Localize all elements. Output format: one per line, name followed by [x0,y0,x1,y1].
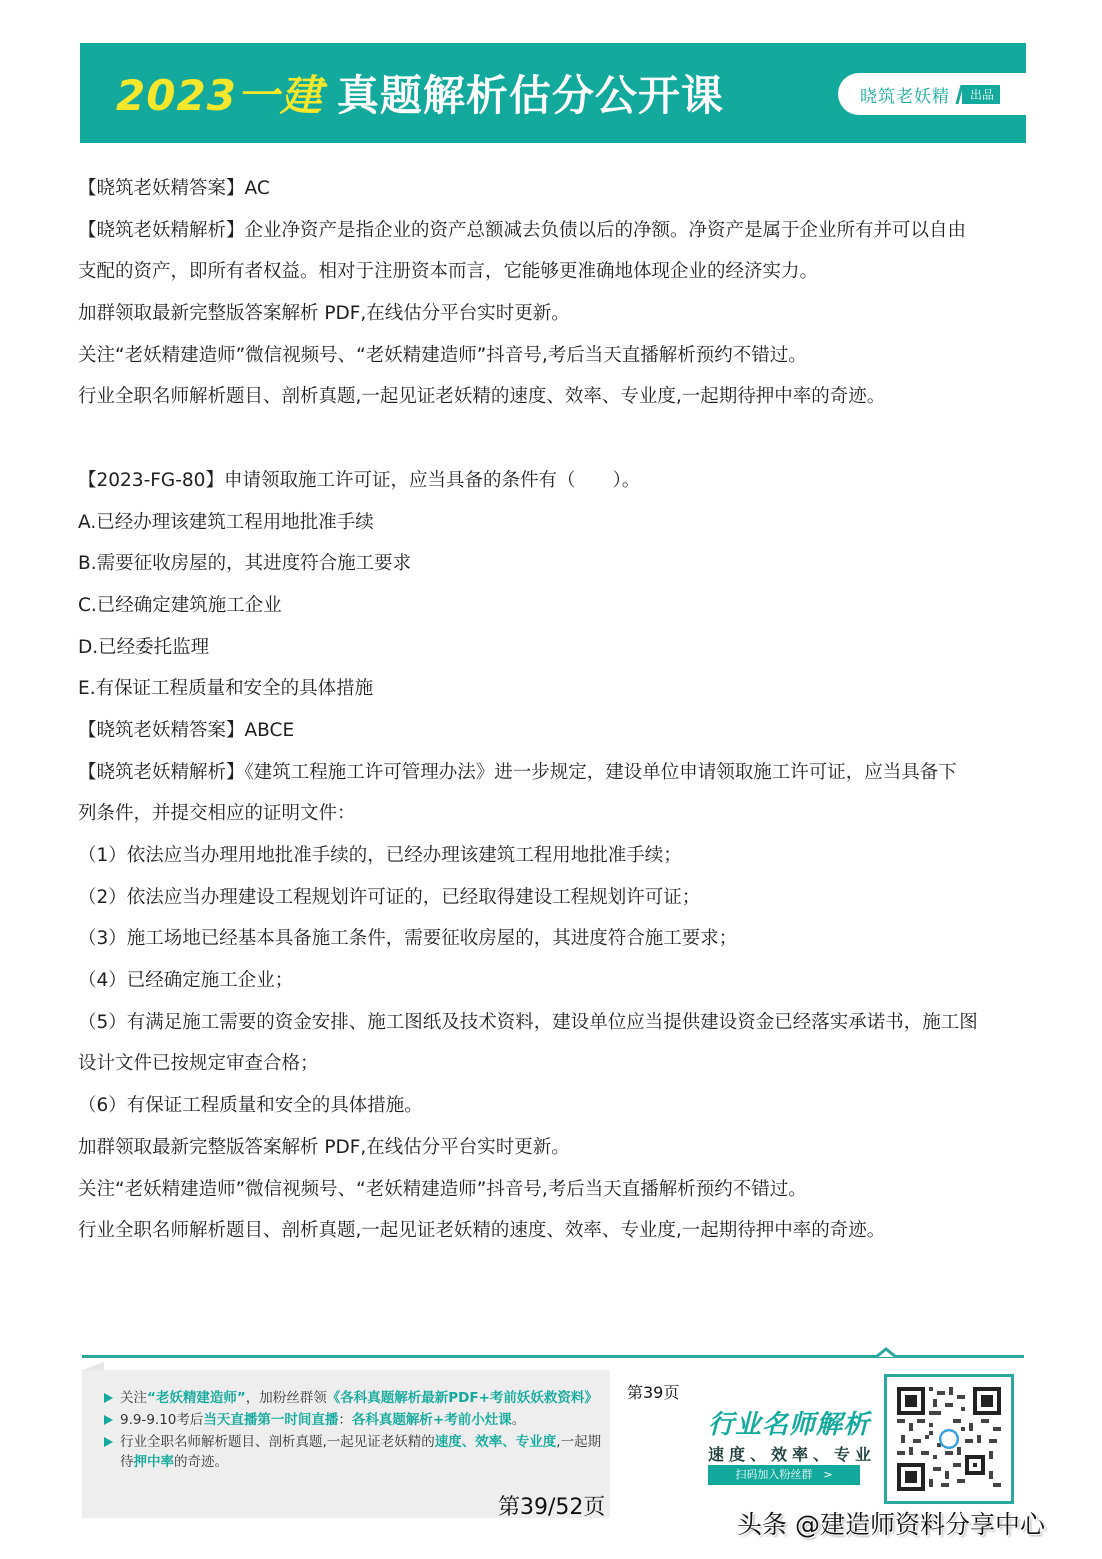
promo-line: 行业全职名师解析题目、剖析真题,一起见证老妖精的速度、效率、专业度,一起期待押中… [78,376,1038,418]
condition-item: （1）依法应当办理用地批准手续的，已经办理该建筑工程用地批准手续； [78,835,1038,877]
brand-pill: 晓筑老妖精 出品 [838,73,1026,115]
brand-badge: 出品 [962,85,1000,104]
qr-code-frame [884,1374,1014,1504]
page-number-small: 第39页 [627,1380,679,1403]
promo-subtitle: 速度、效率、专业 [708,1442,876,1465]
option-c: C.已经确定建筑施工企业 [78,585,1038,627]
promo-line: 关注“老妖精建造师”微信视频号、“老妖精建造师”抖音号,考后当天直播解析预约不错… [78,1169,1038,1211]
option-b: B.需要征收房屋的，其进度符合施工要求 [78,543,1038,585]
panel-corner [82,1362,104,1370]
promo-title: 行业名师解析 [708,1404,870,1441]
condition-item: （5）有满足施工需要的资金安排、施工图纸及技术资料，建设单位应当提供建设资金已经… [78,1002,1038,1044]
analysis-line-1: 【晓筑老妖精解析】《建筑工程施工许可管理办法》进一步规定，建设单位申请领取施工许… [78,752,1038,794]
triangle-bullet-icon [104,1415,113,1425]
banner-title: 2023一建 真题解析估分公开课 [116,65,724,121]
condition-item: （2）依法应当办理建设工程规划许可证的，已经取得建设工程规划许可证； [78,877,1038,919]
prev-analysis-line-1: 【晓筑老妖精解析】企业净资产是指企业的资产总额减去负债以后的净额。净资产是属于企… [78,210,1038,252]
condition-item: （6）有保证工程质量和安全的具体措施。 [78,1085,1038,1127]
page-number: 第39/52页 [498,1490,605,1521]
promo-line: 加群领取最新完整版答案解析 PDF,在线估分平台实时更新。 [78,293,1038,335]
question-stem: 【2023-FG-80】申请领取施工许可证，应当具备的条件有（ ）。 [78,460,1038,502]
qr-code-icon [897,1387,1001,1491]
promo-line: 行业全职名师解析题目、剖析真题,一起见证老妖精的速度、效率、专业度,一起期待押中… [78,1210,1038,1252]
promo-line: 加群领取最新完整版答案解析 PDF,在线估分平台实时更新。 [78,1127,1038,1169]
option-d: D.已经委托监理 [78,627,1038,669]
footer-bullet: 9.9-9.10考后当天直播第一时间直播：各科真题解析+考前小灶课。 [104,1410,604,1430]
footer-bullets: 关注“老妖精建造师”，加粉丝群领《各科真题解析最新PDF+考前妖妖救资料》 9.… [104,1388,604,1474]
banner-title-year: 2023一建 [116,63,323,123]
answer: 【晓筑老妖精答案】ABCE [78,710,1038,752]
triangle-bullet-icon [104,1393,113,1403]
brand-name: 晓筑老妖精 [860,82,950,107]
option-a: A.已经办理该建筑工程用地批准手续 [78,502,1038,544]
prev-answer: 【晓筑老妖精答案】AC [78,168,1038,210]
document-body: 【晓筑老妖精答案】AC 【晓筑老妖精解析】企业净资产是指企业的资产总额减去负债以… [78,168,1038,1252]
header-banner: 2023一建 真题解析估分公开课 晓筑老妖精 出品 [80,43,1026,143]
condition-item: （4）已经确定施工企业； [78,960,1038,1002]
footer-divider-notch [876,1347,896,1359]
promo-line: 关注“老妖精建造师”微信视频号、“老妖精建造师”抖音号,考后当天直播解析预约不错… [78,335,1038,377]
condition-item-continued: 设计文件已按规定审查合格； [78,1043,1038,1085]
condition-item: （3）施工场地已经基本具备施工条件，需要征收房屋的，其进度符合施工要求； [78,918,1038,960]
footer-bullet: 关注“老妖精建造师”，加粉丝群领《各科真题解析最新PDF+考前妖妖救资料》 [104,1388,604,1408]
triangle-bullet-icon [104,1437,113,1447]
footer-bullet: 行业全职名师解析题目、剖析真题,一起见证老妖精的速度、效率、专业度,一起期待押中… [104,1432,604,1472]
watermark: 头条 @建造师资料分享中心 [737,1505,1045,1541]
option-e: E.有保证工程质量和安全的具体措施 [78,668,1038,710]
spacer [78,418,1038,460]
banner-title-main: 真题解析估分公开课 [337,63,724,123]
prev-analysis-line-2: 支配的资产，即所有者权益。相对于注册资本而言，它能够更准确地体现企业的经济实力。 [78,251,1038,293]
join-fan-group-button[interactable]: 扫码加入粉丝群 > [708,1465,860,1485]
analysis-line-2: 列条件，并提交相应的证明文件： [78,793,1038,835]
